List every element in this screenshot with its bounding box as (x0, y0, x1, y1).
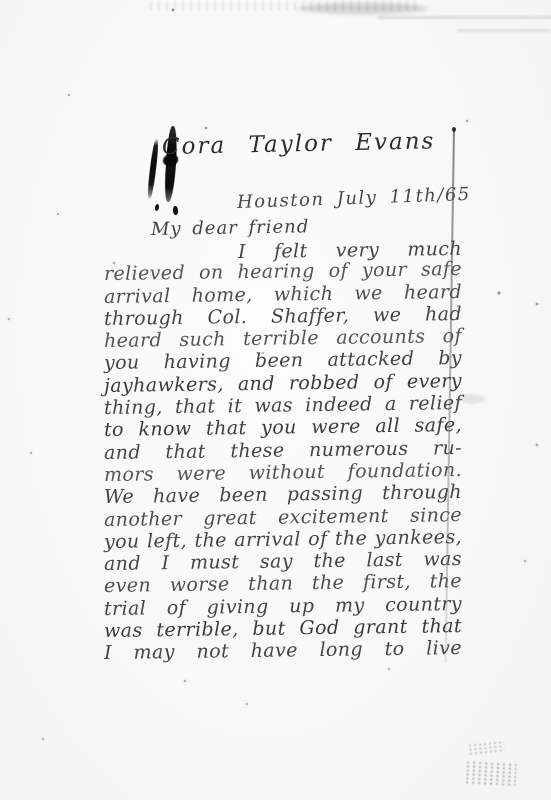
letter-body: I felt very much relieved on hearing of … (104, 241, 462, 665)
letter-dateline: Houston July 11th/65 (237, 184, 471, 213)
paper-smudge (459, 394, 485, 404)
ink-blot-stroke (146, 138, 160, 200)
top-edge-smudge (458, 29, 550, 32)
top-edge-smudge (298, 3, 428, 14)
letter-scan-page: Cora Taylor Evans Houston July 11th/65 M… (0, 0, 551, 800)
paper-specks (0, 0, 2, 2)
letter-salutation: My dear friend (151, 216, 310, 240)
pencil-smudge (463, 761, 516, 787)
ink-blot-dot (154, 204, 159, 212)
top-edge-smudge (378, 16, 551, 19)
pencil-smudge (468, 740, 505, 757)
ink-blot-dot (173, 206, 179, 215)
docket-name: Cora Taylor Evans (162, 128, 436, 160)
letter-line: I may not have long to live (104, 637, 462, 664)
